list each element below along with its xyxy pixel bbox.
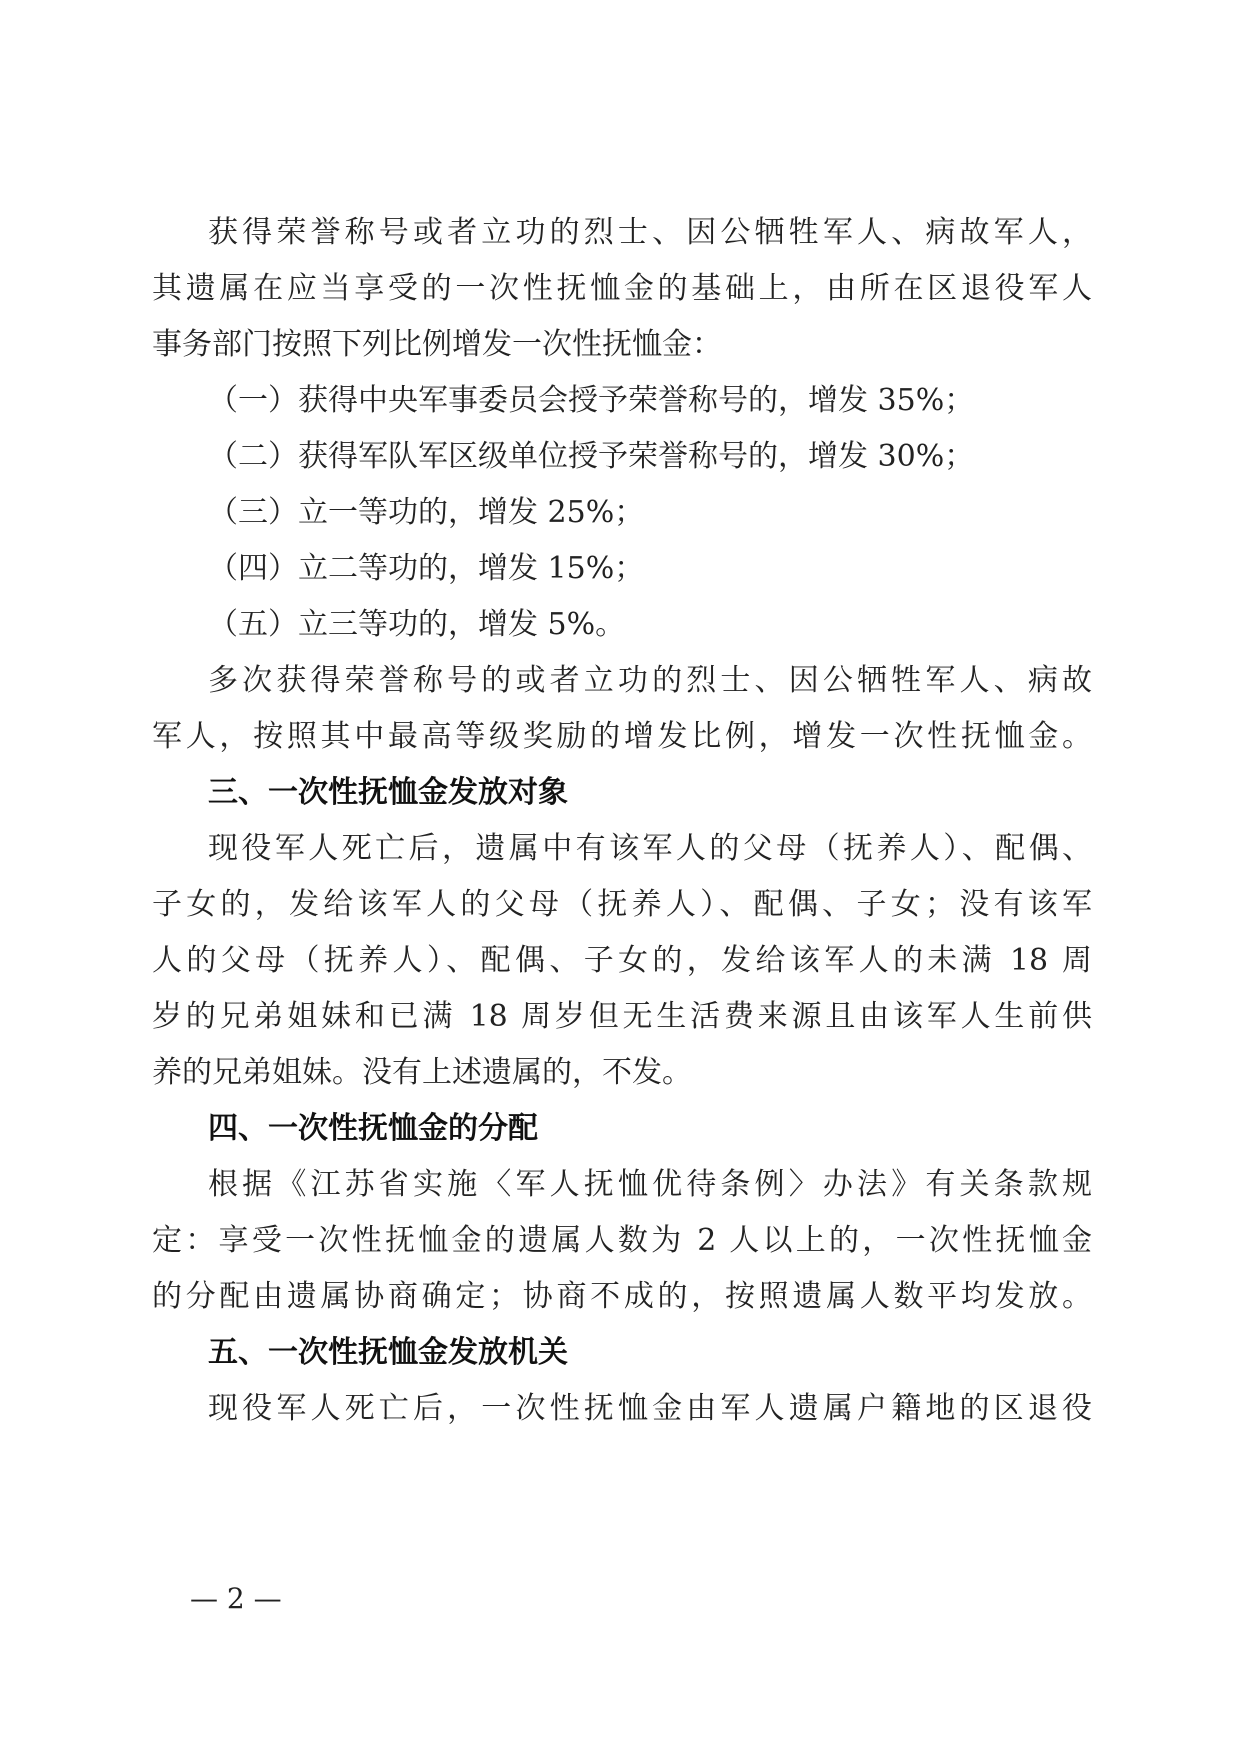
paragraph-line: 现役军人死亡后，一次性抚恤金由军人遗属户籍地的区退役	[208, 1381, 1092, 1437]
section-heading: 五、一次性抚恤金发放机关	[208, 1325, 1092, 1381]
page-number: — 2 —	[190, 1582, 282, 1615]
paragraph-line: 定：享受一次性抚恤金的遗属人数为 2 人以上的，一次性抚恤金	[152, 1213, 1092, 1269]
paragraph-line: 人的父母（抚养人）、配偶、子女的，发给该军人的未满 18 周	[152, 933, 1092, 989]
paragraph-line: 事务部门按照下列比例增发一次性抚恤金：	[152, 317, 1092, 373]
paragraph-line: 其遗属在应当享受的一次性抚恤金的基础上，由所在区退役军人	[152, 261, 1092, 317]
list-item: （二）获得军队军区级单位授予荣誉称号的，增发 30%；	[208, 429, 1092, 485]
section-heading: 三、一次性抚恤金发放对象	[208, 765, 1092, 821]
paragraph-line: 获得荣誉称号或者立功的烈士、因公牺牲军人、病故军人，	[208, 205, 1092, 261]
paragraph-line: 根据《江苏省实施〈军人抚恤优待条例〉办法》有关条款规	[208, 1157, 1092, 1213]
paragraph-line: 岁的兄弟姐妹和已满 18 周岁但无生活费来源且由该军人生前供	[152, 989, 1092, 1045]
paragraph-line: 的分配由遗属协商确定；协商不成的，按照遗属人数平均发放。	[152, 1269, 1092, 1325]
list-item: （四）立二等功的，增发 15%；	[208, 541, 1092, 597]
paragraph-line: 子女的，发给该军人的父母（抚养人）、配偶、子女；没有该军	[152, 877, 1092, 933]
list-item: （三）立一等功的，增发 25%；	[208, 485, 1092, 541]
list-item: （一）获得中央军事委员会授予荣誉称号的，增发 35%；	[208, 373, 1092, 429]
paragraph-line: 现役军人死亡后，遗属中有该军人的父母（抚养人）、配偶、	[208, 821, 1092, 877]
paragraph-line: 养的兄弟姐妹。没有上述遗属的，不发。	[152, 1045, 1092, 1101]
section-heading: 四、一次性抚恤金的分配	[208, 1101, 1092, 1157]
paragraph-line: 多次获得荣誉称号的或者立功的烈士、因公牺牲军人、病故	[208, 653, 1092, 709]
list-item: （五）立三等功的，增发 5%。	[208, 597, 1092, 653]
document-page: 获得荣誉称号或者立功的烈士、因公牺牲军人、病故军人， 其遗属在应当享受的一次性抚…	[0, 0, 1241, 1754]
paragraph-line: 军人，按照其中最高等级奖励的增发比例，增发一次性抚恤金。	[152, 709, 1092, 765]
